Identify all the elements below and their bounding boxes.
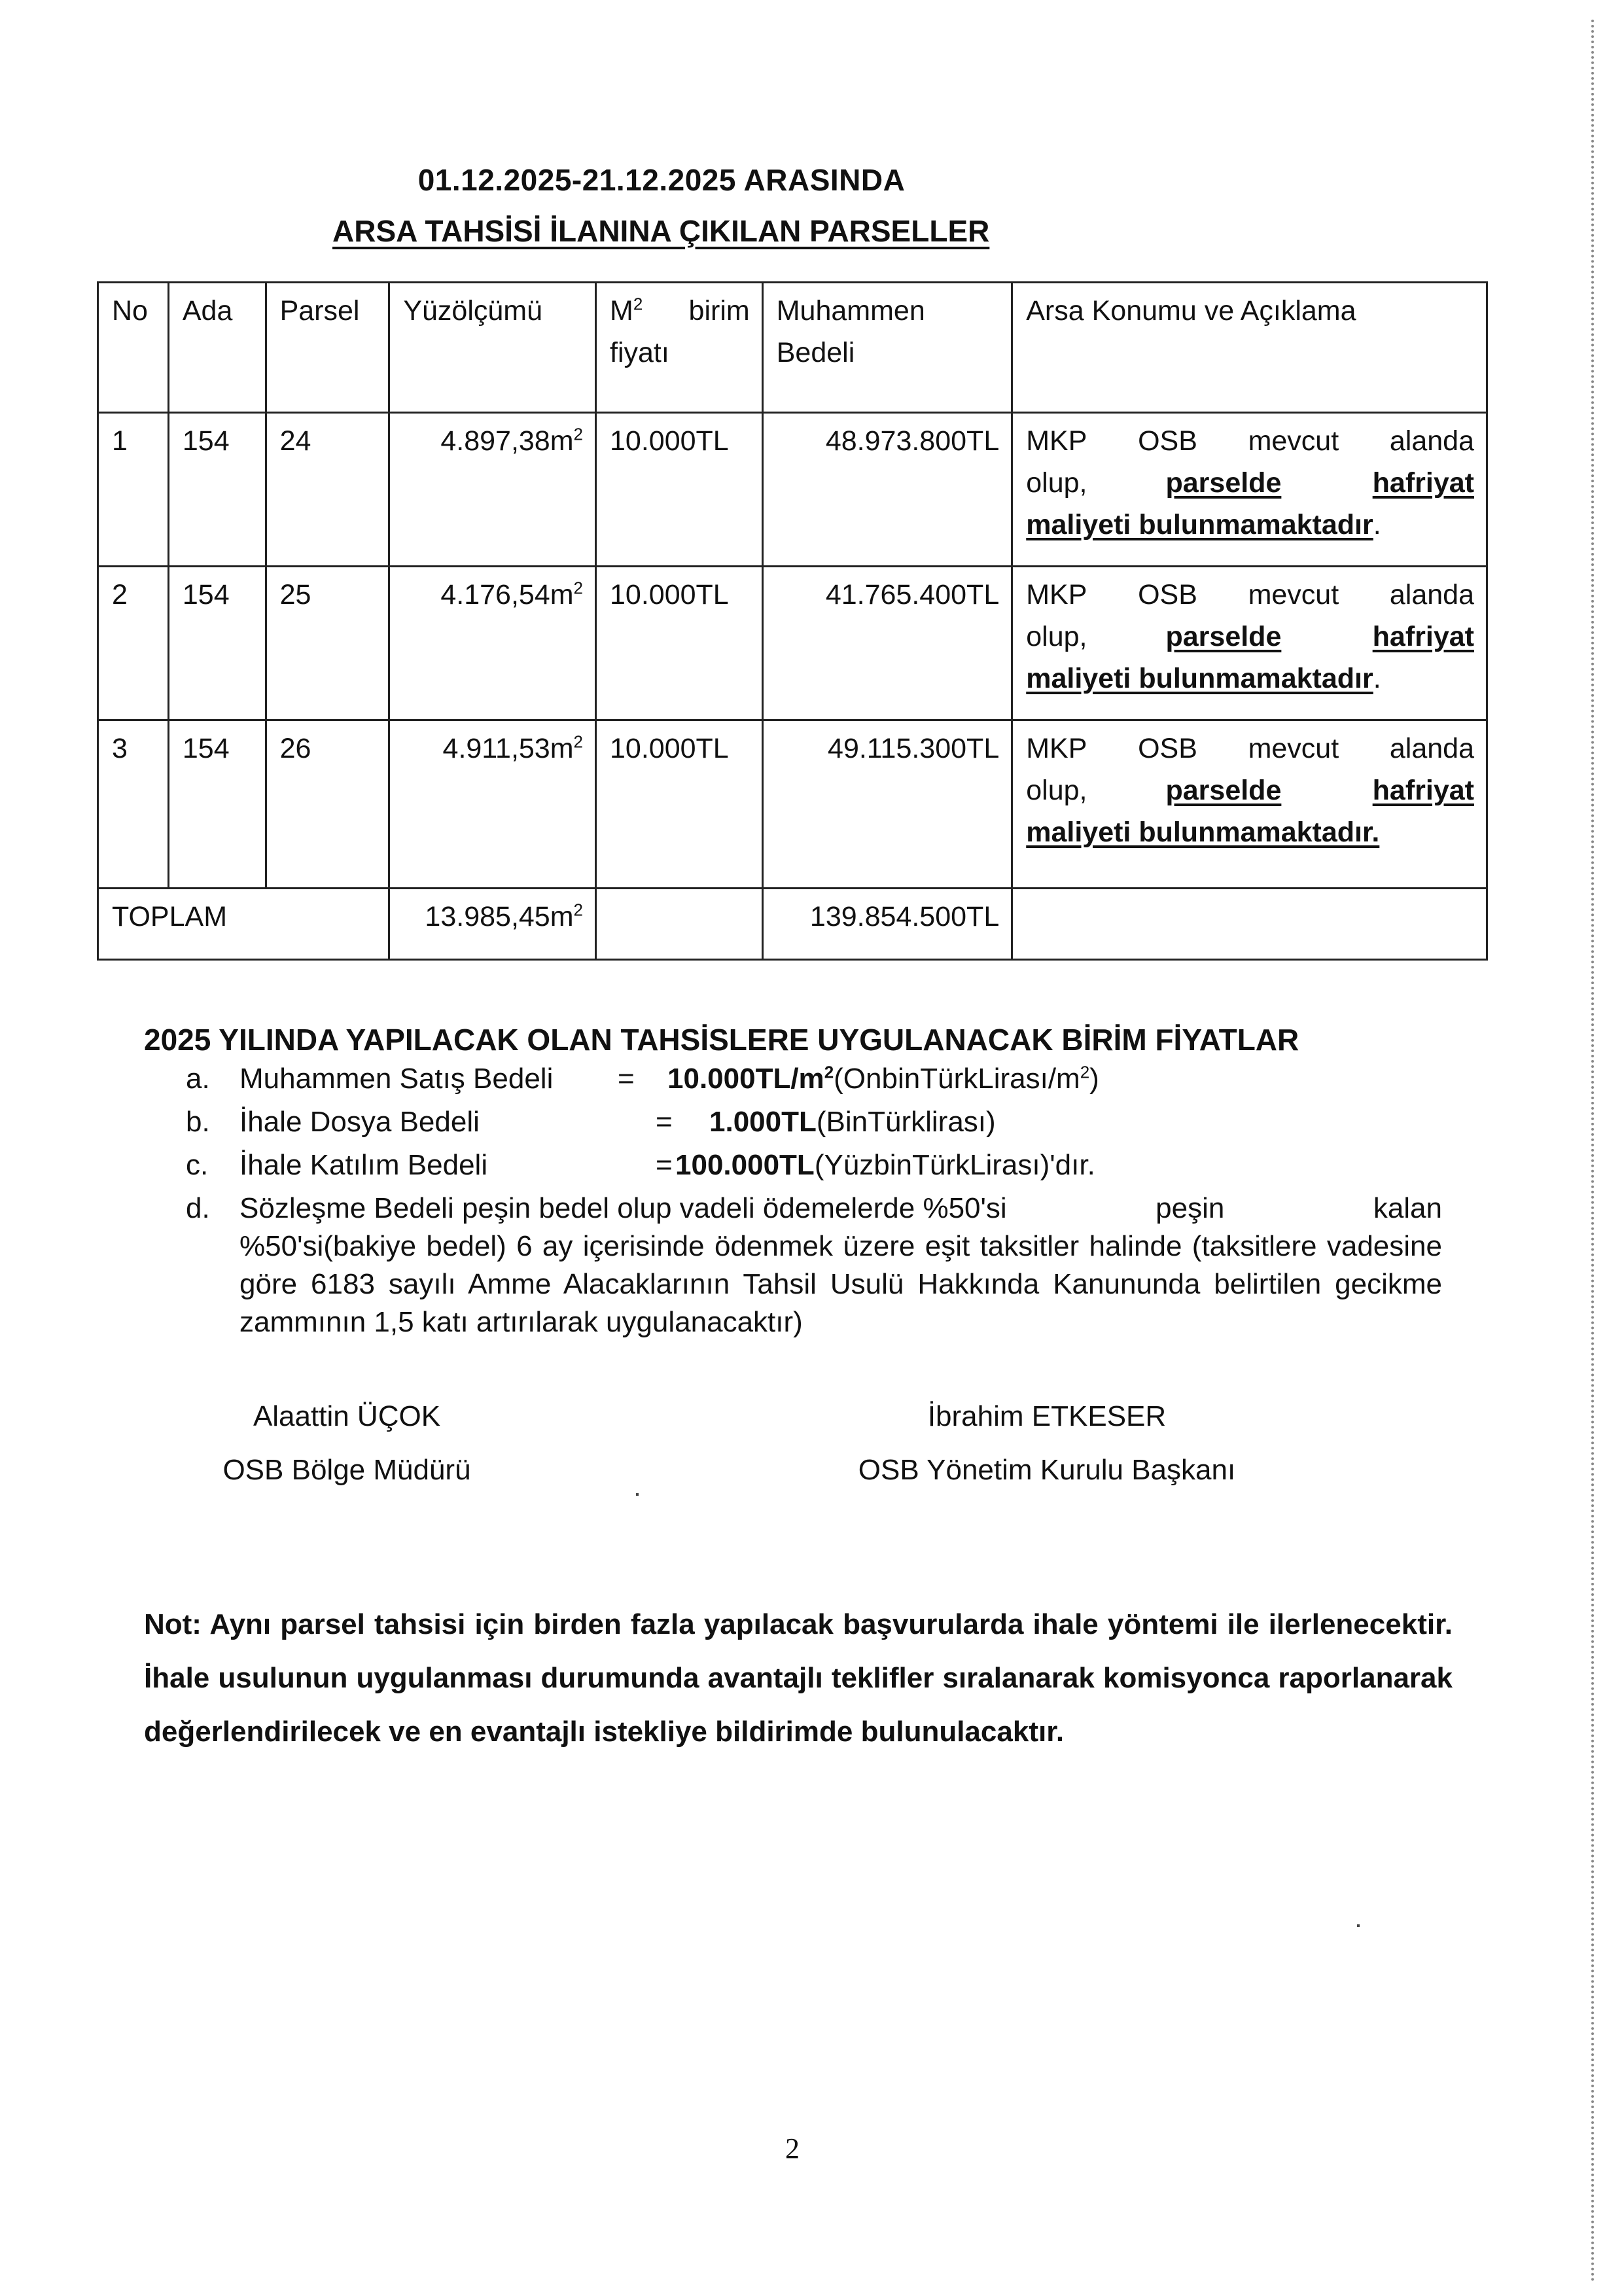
price-item-b: b. İhale Dosya Bedeli = 1.000TL(BinTürkl… — [186, 1103, 1442, 1146]
cell-estimate: 41.765.400TL — [762, 567, 1012, 720]
total-estimate: 139.854.500TL — [762, 889, 1012, 960]
cell-parsel: 26 — [266, 720, 389, 889]
signatory-role: OSB Bölge Müdürü — [164, 1454, 530, 1487]
cell-ada: 154 — [168, 413, 266, 567]
table-row: 3 154 26 4.911,53m2 10.000TL 49.115.300T… — [98, 720, 1487, 889]
signatory-name: İbrahim ETKESER — [811, 1400, 1282, 1433]
title-line-1: 01.12.2025-21.12.2025 ARASINDA — [418, 163, 906, 197]
total-label: TOPLAM — [98, 889, 389, 960]
note-paragraph: Not: Aynı parsel tahsisi için birden faz… — [144, 1598, 1453, 1759]
cell-unit-price: 10.000TL — [596, 567, 763, 720]
signature-block-left: Alaattin ÜÇOK OSB Bölge Müdürü — [164, 1400, 530, 1487]
cell-no: 1 — [98, 413, 169, 567]
scan-speck — [636, 1493, 639, 1496]
cell-no: 2 — [98, 567, 169, 720]
price-item-d: d. Sözleşme Bedeli peşin bedel olup vade… — [186, 1190, 1442, 1341]
cell-area: 4.176,54m2 — [389, 567, 596, 720]
document-title: ARSA TAHSİSİ İLANINA ÇIKILAN PARSELLER — [332, 213, 989, 249]
signature-block-right: İbrahim ETKESER OSB Yönetim Kurulu Başka… — [811, 1400, 1282, 1487]
total-description-empty — [1012, 889, 1487, 960]
signatory-role: OSB Yönetim Kurulu Başkanı — [811, 1454, 1282, 1487]
table-row: 1 154 24 4.897,38m2 10.000TL 48.973.800T… — [98, 413, 1487, 567]
cell-description: MKPOSBmevcutalanda olup,parseldehafriyat… — [1012, 567, 1487, 720]
col-header-ada: Ada — [168, 283, 266, 413]
scan-border-artifact — [1591, 20, 1594, 2284]
signatory-name: Alaattin ÜÇOK — [164, 1400, 530, 1433]
page-number: 2 — [0, 2132, 1624, 2165]
cell-estimate: 49.115.300TL — [762, 720, 1012, 889]
cell-parsel: 25 — [266, 567, 389, 720]
cell-ada: 154 — [168, 567, 266, 720]
unit-prices-list: a. Muhammen Satış Bedeli = 10.000TL/m2(O… — [186, 1060, 1442, 1341]
total-area: 13.985,45m2 — [389, 889, 596, 960]
cell-estimate: 48.973.800TL — [762, 413, 1012, 567]
cell-area: 4.911,53m2 — [389, 720, 596, 889]
col-header-unit-price: M2birim fiyatı — [596, 283, 763, 413]
unit-prices-title: 2025 YILINDA YAPILACAK OLAN TAHSİSLERE U… — [144, 1022, 1299, 1057]
col-header-no: No — [98, 283, 169, 413]
price-item-a: a. Muhammen Satış Bedeli = 10.000TL/m2(O… — [186, 1060, 1442, 1103]
col-header-area: Yüzölçümü — [389, 283, 596, 413]
cell-ada: 154 — [168, 720, 266, 889]
scan-speck — [1357, 1924, 1360, 1927]
cell-area: 4.897,38m2 — [389, 413, 596, 567]
col-header-parsel: Parsel — [266, 283, 389, 413]
price-item-c: c. İhale Katılım Bedeli = 100.000TL(Yüzb… — [186, 1146, 1442, 1190]
cell-description: MKPOSBmevcutalanda olup,parseldehafriyat… — [1012, 720, 1487, 889]
cell-unit-price: 10.000TL — [596, 413, 763, 567]
cell-description: MKPOSBmevcutalanda olup,parseldehafriyat… — [1012, 413, 1487, 567]
total-unit-price-empty — [596, 889, 763, 960]
col-header-estimate: Muhammen Bedeli — [762, 283, 1012, 413]
cell-no: 3 — [98, 720, 169, 889]
table-header-row: No Ada Parsel Yüzölçümü M2birim fiyatı M… — [98, 283, 1487, 413]
table-row: 2 154 25 4.176,54m2 10.000TL 41.765.400T… — [98, 567, 1487, 720]
cell-parsel: 24 — [266, 413, 389, 567]
clause-d-text: %50'si(bakiye bedel) 6 ay içerisinde öde… — [239, 1227, 1442, 1341]
table-total-row: TOPLAM 13.985,45m2 139.854.500TL — [98, 889, 1487, 960]
cell-unit-price: 10.000TL — [596, 720, 763, 889]
col-header-description: Arsa Konumu ve Açıklama — [1012, 283, 1487, 413]
document-title-dates: 01.12.2025-21.12.2025 ARASINDA — [0, 162, 1624, 198]
parcels-table: No Ada Parsel Yüzölçümü M2birim fiyatı M… — [97, 281, 1488, 961]
